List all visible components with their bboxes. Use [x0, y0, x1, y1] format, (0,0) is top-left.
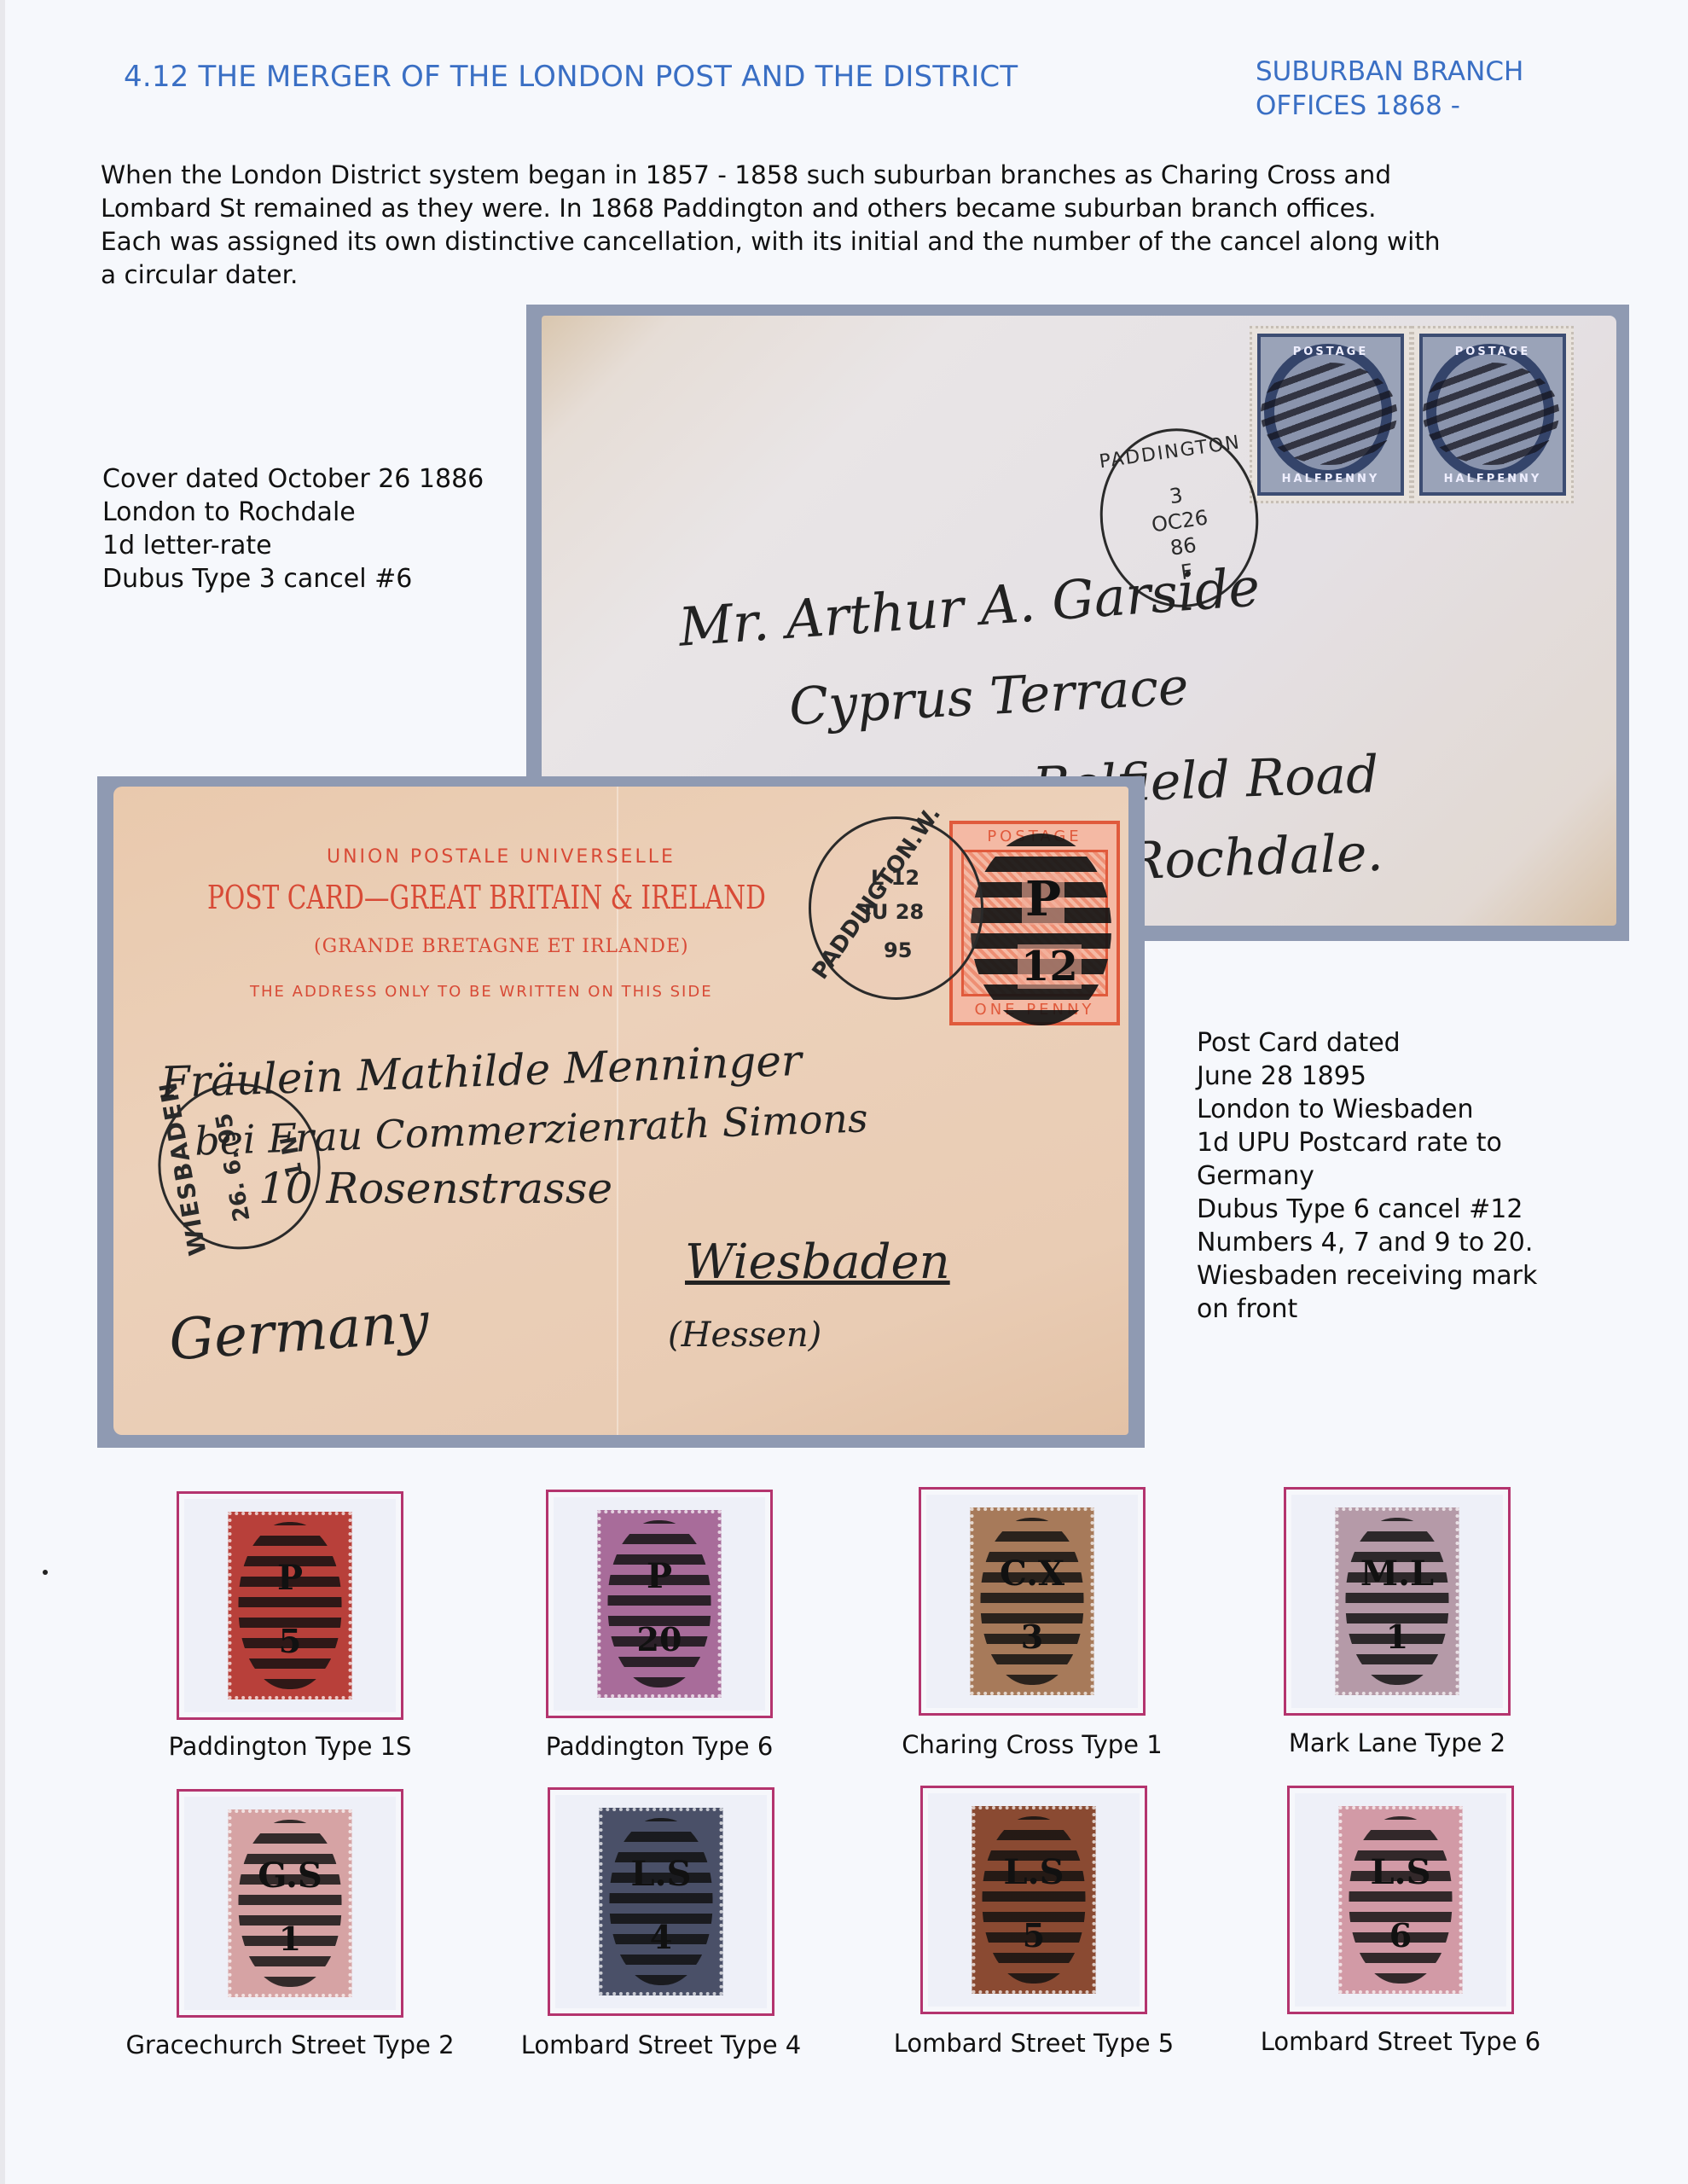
- card-desc-line: Post Card dated: [1197, 1026, 1537, 1060]
- cancel-letters: L.S: [603, 1854, 720, 1894]
- cancel-number: 5: [232, 1622, 349, 1660]
- postmark-office: PADDINGTON.W.: [808, 802, 946, 985]
- cancel-number: 5: [976, 1916, 1093, 1955]
- duplex-cancel: [1423, 363, 1559, 465]
- postmark-line: L 12: [871, 866, 919, 890]
- postcard-address-line: Wiesbaden: [685, 1234, 950, 1290]
- stamp-image: L.S4: [600, 1808, 723, 1995]
- barred-oval-cancel: [1346, 1518, 1449, 1685]
- cancel-number: 1: [232, 1920, 349, 1958]
- postcard-header-instruction: THE ADDRESS ONLY TO BE WRITTEN ON THIS S…: [250, 983, 713, 1001]
- intro-line: When the London District system began in…: [101, 159, 1619, 192]
- paddington-postmark: PADDINGTON.W. L 12 JU 28 95: [809, 816, 983, 1000]
- intro-line: a circular dater.: [101, 258, 1619, 292]
- stamp-frame: L.S6: [1287, 1786, 1514, 2014]
- cancel-letters: P: [601, 1556, 718, 1596]
- card-desc-line: London to Wiesbaden: [1197, 1093, 1537, 1126]
- stamp-label: Mark Lane Type 2: [1218, 1728, 1576, 1757]
- cancel-letters: C.X: [974, 1554, 1091, 1594]
- postmark-line: JU 28: [864, 900, 924, 924]
- card-desc-line: Numbers 4, 7 and 9 to 20.: [1197, 1226, 1537, 1259]
- postcard-address-line: Fräulein Mathilde Menninger: [160, 1036, 803, 1107]
- cancel-number: 4: [603, 1918, 720, 1956]
- stamp-bottom-text: HALFPENNY: [1414, 473, 1571, 485]
- card-desc-line: Wiesbaden receiving mark: [1197, 1259, 1537, 1292]
- cover-desc-line: Cover dated October 26 1886: [102, 462, 484, 496]
- intro-line: Each was assigned its own distinctive ca…: [101, 225, 1619, 258]
- stamp-image: C.X3: [971, 1507, 1094, 1695]
- barred-oval-cancel: [981, 1518, 1084, 1685]
- barred-oval-cancel: [608, 1520, 711, 1687]
- stamp-label: Gracechurch Street Type 2: [111, 2030, 469, 2059]
- postcard-header-title: POST CARD—GREAT BRITAIN & IRELAND: [207, 879, 766, 916]
- stamp-label: Paddington Type 1S: [111, 1732, 469, 1761]
- stamp-frame: M.L1: [1284, 1487, 1511, 1716]
- stamp-label: Paddington Type 6: [480, 1732, 838, 1761]
- cover-desc-line: Dubus Type 3 cancel #6: [102, 562, 484, 595]
- intro-line: Lombard St remained as they were. In 186…: [101, 192, 1619, 225]
- barred-oval-cancel: [239, 1522, 342, 1689]
- postcard-address-line: Germany: [167, 1289, 432, 1373]
- cancel-number: 20: [601, 1620, 718, 1658]
- cover-description: Cover dated October 26 1886 London to Ro…: [102, 462, 484, 595]
- duplex-cancel: [971, 834, 1111, 1025]
- stamp-top-text: POSTAGE: [1414, 346, 1571, 358]
- scan-speck: [43, 1570, 48, 1575]
- stamp-top-text: POSTAGE: [1252, 346, 1409, 358]
- card-desc-line: 1d UPU Postcard rate to: [1197, 1126, 1537, 1159]
- subtitle-line-2: OFFICES 1868 -: [1256, 89, 1523, 123]
- cancel-letters: M.L: [1339, 1554, 1456, 1594]
- barred-oval-cancel: [983, 1816, 1086, 1984]
- subtitle-line-1: SUBURBAN BRANCH: [1256, 55, 1523, 89]
- cancel-number: 6: [1343, 1916, 1459, 1955]
- barred-oval-cancel: [239, 1820, 342, 1987]
- stamp-frame: P5: [177, 1491, 403, 1720]
- page-title: 4.12 THE MERGER OF THE LONDON POST AND T…: [124, 60, 1018, 94]
- barred-oval-cancel: [1349, 1816, 1453, 1984]
- stamp-image: M.L1: [1336, 1507, 1459, 1695]
- postmark-line: 26. 6. 95: [206, 1086, 259, 1249]
- cancel-letters: L.S: [1343, 1852, 1459, 1892]
- stamp-frame: G.S1: [177, 1789, 403, 2018]
- card-desc-line: on front: [1197, 1292, 1537, 1326]
- cover-desc-line: London to Rochdale: [102, 496, 484, 529]
- cancel-number: 1: [1339, 1618, 1456, 1656]
- cancel-letters: L.S: [976, 1852, 1093, 1892]
- cover-stamp-halfpenny: POSTAGE HALFPENNY: [1250, 326, 1412, 503]
- stamp-label: Lombard Street Type 4: [482, 2030, 840, 2059]
- duplex-cancel: [1261, 363, 1397, 465]
- stamp-frame: L.S5: [920, 1786, 1147, 2014]
- stamp-label: Lombard Street Type 6: [1221, 2027, 1580, 2056]
- stamp-image: L.S6: [1339, 1806, 1463, 1994]
- card-desc-line: Germany: [1197, 1159, 1537, 1193]
- cancel-number: 3: [974, 1618, 1091, 1656]
- stamp-label: Charing Cross Type 1: [853, 1730, 1211, 1759]
- cover-desc-line: 1d letter-rate: [102, 529, 484, 562]
- stamp-frame: P20: [546, 1490, 773, 1718]
- stamp-image: P20: [598, 1510, 722, 1698]
- stamp-image: G.S1: [229, 1809, 352, 1997]
- postcard: UNION POSTALE UNIVERSELLE POST CARD—GREA…: [113, 787, 1128, 1435]
- duplex-letter: P: [1022, 874, 1064, 925]
- cancel-letters: G.S: [232, 1856, 349, 1896]
- card-desc-line: Dubus Type 6 cancel #12: [1197, 1193, 1537, 1226]
- stamp-label: Lombard Street Type 5: [855, 2029, 1213, 2058]
- postcard-header-french: (GRANDE BRETAGNE ET IRLANDE): [314, 936, 689, 957]
- stamp-image: L.S5: [972, 1806, 1096, 1994]
- cover-stamp-halfpenny: POSTAGE HALFPENNY: [1412, 326, 1574, 503]
- stamp-frame: C.X3: [919, 1487, 1146, 1716]
- cancel-letters: P: [232, 1558, 349, 1598]
- postmark-line: 95: [884, 938, 912, 962]
- card-desc-line: June 28 1895: [1197, 1060, 1537, 1093]
- postcard-address-line: (Hessen): [668, 1316, 821, 1355]
- postcard-address-line: 10 Rosenstrasse: [258, 1164, 612, 1213]
- duplex-number: 12: [1018, 944, 1082, 989]
- postcard-description: Post Card dated June 28 1895 London to W…: [1197, 1026, 1537, 1326]
- stamp-bottom-text: HALFPENNY: [1252, 473, 1409, 485]
- postcard-header-upu: UNION POSTALE UNIVERSELLE: [327, 846, 676, 868]
- page-subtitle: SUBURBAN BRANCH OFFICES 1868 -: [1256, 55, 1523, 123]
- intro-paragraph: When the London District system began in…: [101, 159, 1619, 292]
- stamp-frame: L.S4: [548, 1787, 774, 2016]
- barred-oval-cancel: [610, 1818, 713, 1985]
- page-edge: [0, 0, 5, 2184]
- stamp-image: P5: [229, 1512, 352, 1699]
- cover-address-line: Rochdale.: [1125, 823, 1384, 892]
